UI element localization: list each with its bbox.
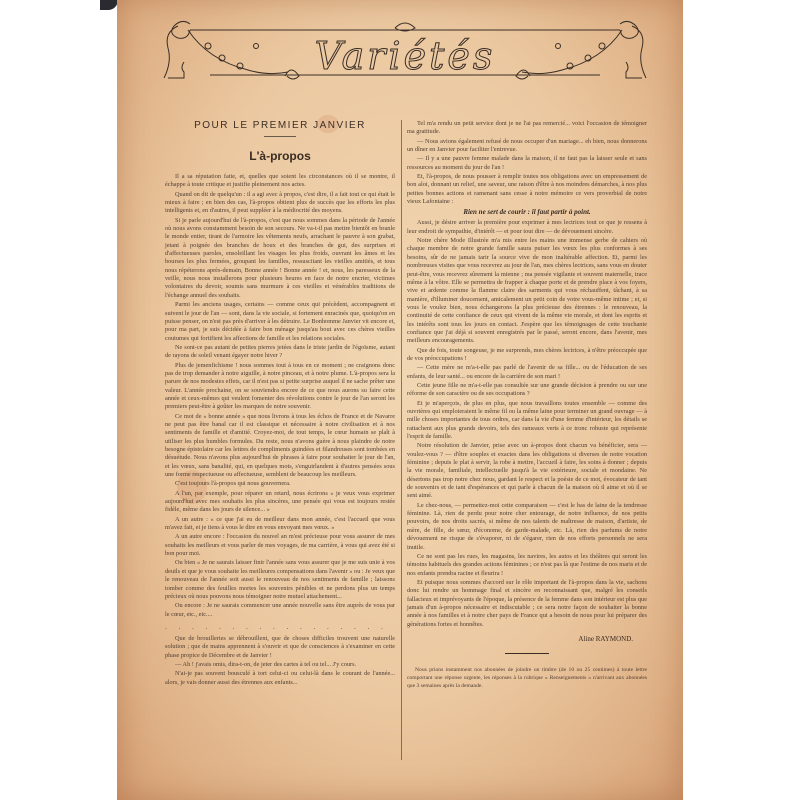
paragraph: Il a sa réputation faite, et, quelles qu… [165, 173, 395, 190]
signature-rule [505, 653, 549, 654]
right-paragraphs-b: Aussi, je désire arriver la première pou… [407, 219, 647, 629]
paragraph: C'est toujours l'à-propos qui nous gouve… [165, 480, 395, 488]
article-title: L'à-propos [165, 149, 395, 163]
paragraph: Ne sont-ce pas autant de petites pierres… [165, 344, 395, 361]
dotted-separator: . . . . . . . . . . . . . . . . . . . . … [165, 623, 395, 631]
section-title: POUR LE PREMIER JANVIER [165, 120, 395, 131]
footnote: Nous prions instamment nos abonnées de j… [407, 666, 647, 690]
page-corner-shadow [100, 0, 118, 10]
paragraph: Ce mot de « bonne année » que nous livro… [165, 413, 395, 480]
paragraph: Notre résolution de Janvier, prise avec … [407, 442, 647, 500]
paragraph: Ou encore : Je ne saurais commencer une … [165, 602, 395, 619]
paragraph: — Ah ! j'avais omis, dira-t-on, de jeter… [165, 661, 395, 669]
paragraph: Aussi, je désire arriver la première pou… [407, 219, 647, 236]
magazine-page: Variétés POUR LE PREMIER JANVIER L'à-pro… [117, 0, 683, 800]
paragraph: Si je parle aujourd'hui de l'à-propos, c… [165, 217, 395, 300]
paragraph: Tel m'a rendu un petit service dont je n… [407, 120, 647, 137]
paragraph: Et je m'aperçois, de plus en plus, que n… [407, 400, 647, 442]
paragraph: — Cette mère ne m'a-t-elle pas parlé de … [407, 364, 647, 381]
paragraph: Et, l'à-propos, de nous pousser à rempli… [407, 173, 647, 206]
paragraph: — Nous avions également refusé de nous o… [407, 138, 647, 155]
masthead-banner: Variétés [160, 18, 650, 88]
paragraph: Quand on dit de quelqu'un : il a agi ave… [165, 191, 395, 216]
title-rule [264, 136, 296, 137]
right-column: Tel m'a rendu un petit service dont je n… [407, 120, 647, 690]
paragraph: Le chez-nous, — permettez-moi cette comp… [407, 502, 647, 552]
paragraph: A un autre : « ce que j'ai eu de meilleu… [165, 516, 395, 533]
paragraph: A un autre encore : l'occasion du nouvel… [165, 533, 395, 558]
left-paragraphs: Il a sa réputation faite, et, quelles qu… [165, 173, 395, 619]
paragraph: Parmi les anciens usages, certains — com… [165, 301, 395, 343]
masthead-title: Variétés [160, 34, 650, 78]
paragraph: Ce ne sont pas les rues, les magasins, l… [407, 553, 647, 578]
paragraph: Plus de jemenfichisme ! nous sommes tout… [165, 362, 395, 412]
paragraph: N'ai-je pas souvent bousculé à tort celu… [165, 670, 395, 687]
paragraph: Ou bien « Je ne saurais laisser finir l'… [165, 559, 395, 601]
column-divider [401, 120, 402, 760]
paragraph: Et puisque nous sommes d'accord sur le r… [407, 579, 647, 629]
paragraph: A l'un, par exemple, pour réparer un ret… [165, 490, 395, 515]
left-column: POUR LE PREMIER JANVIER L'à-propos Il a … [165, 120, 395, 688]
paragraph: — Il y a une pauvre femme malade dans la… [407, 155, 647, 172]
paragraph: Notre chère Mode Illustrée m'a mis entre… [407, 237, 647, 345]
left-after-dots-paragraphs: Que de brouilleries se débrouillent, que… [165, 635, 395, 687]
paragraph: Que de brouilleries se débrouillent, que… [165, 635, 395, 660]
paragraph: Cette jeune fille ne m'a-t-elle pas cons… [407, 382, 647, 399]
right-paragraphs-a: Tel m'a rendu un petit service dont je n… [407, 120, 647, 206]
paragraph: Que de fois, toute songeuse, je me surpr… [407, 347, 647, 364]
author-signature: Aline RAYMOND. [407, 635, 633, 643]
lafontaine-maxim: Rien ne sert de courir : il faut partir … [407, 208, 647, 216]
